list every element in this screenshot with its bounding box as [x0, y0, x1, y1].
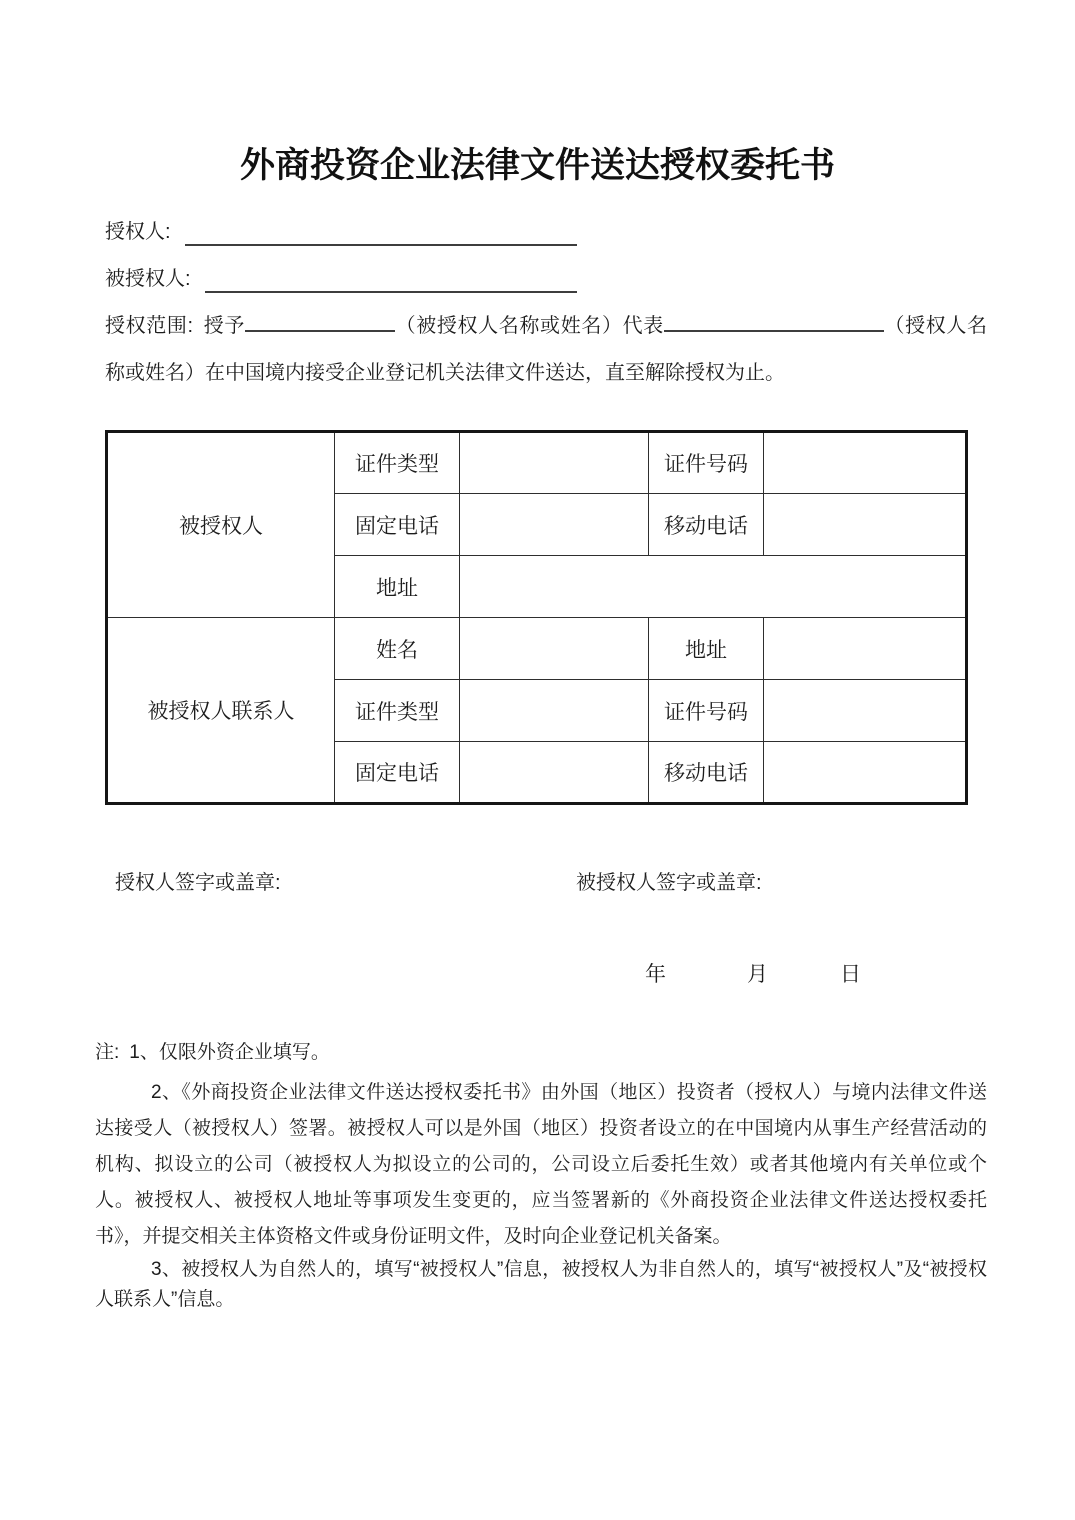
label-certificate-number: 证件号码 [649, 432, 764, 494]
value-contact-address [764, 618, 967, 680]
label-certificate-type: 证件类型 [335, 432, 460, 494]
authorized-person-field: 被授权人: [105, 263, 577, 293]
value-contact-certificate-number [764, 680, 967, 742]
scope-paragraph: 授权范围:授予（被授权人名称或姓名）代表（授权人名称或姓名）在中国境内接受企业登… [105, 303, 987, 397]
table-row: 被授权人联系人 姓名 地址 [107, 618, 967, 680]
document-title: 外商投资企业法律文件送达授权委托书 [0, 138, 1075, 188]
label-contact-name: 姓名 [335, 618, 460, 680]
note-1-text: 1、仅限外资企业填写。 [129, 1042, 330, 1063]
scope-grant-prefix: 授予 [203, 315, 245, 337]
scope-grantee-blank-line [245, 310, 395, 332]
scope-label: 授权范围: [105, 315, 193, 337]
notes-section: 注:1、仅限外资企业填写。 2、《外商投资企业法律文件送达授权委托书》由外国（地… [95, 1036, 987, 1315]
scope-middle-text: （被授权人名称或姓名）代表 [395, 315, 664, 337]
table-row: 被授权人 证件类型 证件号码 [107, 432, 967, 494]
label-contact-address: 地址 [649, 618, 764, 680]
date-day-label: 日 [840, 958, 861, 988]
note-2-text: 2、《外商投资企业法律文件送达授权委托书》由外国（地区）投资者（授权人）与境内法… [95, 1075, 987, 1255]
document-page: 外商投资企业法律文件送达授权委托书 授权人: 被授权人: 授权范围:授予（被授权… [0, 0, 1075, 1520]
authorizer-signature-label: 授权人签字或盖章: [115, 866, 281, 895]
authorized-signature-label: 被授权人签字或盖章: [576, 866, 762, 895]
value-mobile-phone [764, 494, 967, 556]
authorizer-field: 授权人: [105, 216, 577, 246]
value-contact-certificate-type [460, 680, 649, 742]
authorizer-label: 授权人: [105, 215, 171, 246]
label-contact-mobile-phone: 移动电话 [649, 742, 764, 804]
notes-prefix: 注: [95, 1042, 119, 1063]
value-certificate-type [460, 432, 649, 494]
note-line-1: 注:1、仅限外资企业填写。 [95, 1036, 987, 1070]
value-contact-mobile-phone [764, 742, 967, 804]
authorized-person-blank-line [205, 267, 577, 293]
group-label-contact-person: 被授权人联系人 [107, 618, 335, 804]
group-label-authorized-person: 被授权人 [107, 432, 335, 618]
authorized-person-info-table: 被授权人 证件类型 证件号码 固定电话 移动电话 地址 被授权人联系人 姓名 地 [105, 430, 968, 805]
label-contact-landline-phone: 固定电话 [335, 742, 460, 804]
label-landline-phone: 固定电话 [335, 494, 460, 556]
value-contact-landline-phone [460, 742, 649, 804]
label-address: 地址 [335, 556, 460, 618]
authorizer-blank-line [185, 220, 577, 246]
date-month-label: 月 [747, 958, 768, 988]
date-year-label: 年 [645, 958, 666, 988]
label-mobile-phone: 移动电话 [649, 494, 764, 556]
note-3-text: 3、被授权人为自然人的，填写“被授权人”信息，被授权人为非自然人的，填写“被授权… [95, 1255, 987, 1315]
value-address [460, 556, 967, 618]
scope-grantor-blank-line [664, 310, 884, 332]
authorized-person-label: 被授权人: [105, 262, 191, 293]
label-contact-certificate-type: 证件类型 [335, 680, 460, 742]
value-landline-phone [460, 494, 649, 556]
value-certificate-number [764, 432, 967, 494]
value-contact-name [460, 618, 649, 680]
label-contact-certificate-number: 证件号码 [649, 680, 764, 742]
